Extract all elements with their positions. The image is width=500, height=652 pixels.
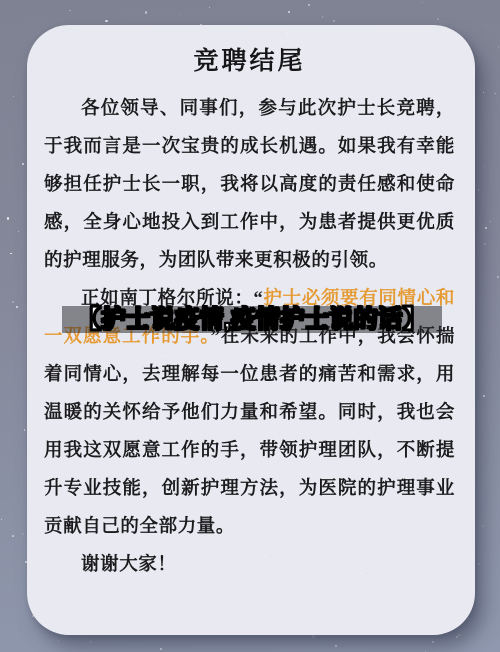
star-dot [329,589,330,590]
star-dot [58,640,60,642]
star-dot [482,525,484,527]
star-dot [333,20,335,22]
star-dot [469,216,470,217]
star-dot [485,227,487,229]
star-dot [288,11,290,13]
star-dot [425,651,426,652]
star-dot [464,182,466,184]
video-caption-title: 【护士说疫情,疫情护士说的话】 [77,306,427,333]
star-dot [105,20,107,22]
star-dot [483,395,485,397]
star-dot [495,93,496,94]
star-dot [18,231,19,232]
star-dot [456,636,458,638]
star-dot [484,166,485,167]
star-dot [12,301,14,303]
star-dot [209,7,211,9]
star-dot [478,563,480,565]
video-caption-bar: 【护士说疫情,疫情护士说的话】 [62,306,442,333]
star-dot [22,533,23,534]
star-dot [13,96,14,97]
star-dot [27,98,28,99]
star-dot [498,46,500,48]
star-dot [27,198,29,200]
star-dot [432,641,434,643]
star-dot [474,153,475,154]
star-dot [39,462,40,463]
star-dot [437,18,439,20]
star-dot [497,276,499,278]
star-dot [490,221,491,222]
star-dot [286,33,288,35]
star-dot [16,306,18,308]
star-dot [1,519,2,520]
star-dot [317,18,318,19]
text-segment: 各位领导、同事们，参与此次护士长竞聘，于我而言是一次宝贵的成长机遇。如果我有幸能… [44,99,455,271]
star-dot [422,2,423,3]
speech-title: 竞聘结尾 [44,47,455,77]
star-dot [145,11,147,13]
star-dot [312,635,314,637]
speech-paragraph-3: 谢谢大家！ [44,546,455,584]
star-dot [22,163,24,165]
star-dot [478,189,479,190]
star-dot [160,648,162,650]
star-dot [484,243,486,245]
star-dot [322,16,323,17]
star-dot [90,641,92,643]
text-segment: ”在未来的工作中，我会怀揣着同情心，去理解每一位患者的痛苦和需求，用温暖的关怀给… [44,327,455,537]
star-dot [16,444,17,445]
star-dot [458,634,460,636]
star-dot [12,535,14,537]
star-dot [335,645,337,647]
star-dot [24,429,25,430]
star-dot [468,618,469,619]
star-dot [179,14,180,15]
speech-body: 各位领导、同事们，参与此次护士长竞聘，于我而言是一次宝贵的成长机遇。如果我有幸能… [44,90,455,584]
star-dot [69,10,70,11]
text-segment: 谢谢大家！ [81,555,177,575]
star-dot [7,217,9,219]
star-dot [308,4,309,5]
speech-paragraph-1: 各位领导、同事们，参与此次护士长竞聘，于我而言是一次宝贵的成长机遇。如果我有幸能… [44,90,455,280]
star-dot [483,92,484,93]
star-dot [10,253,11,254]
star-dot [483,503,484,504]
